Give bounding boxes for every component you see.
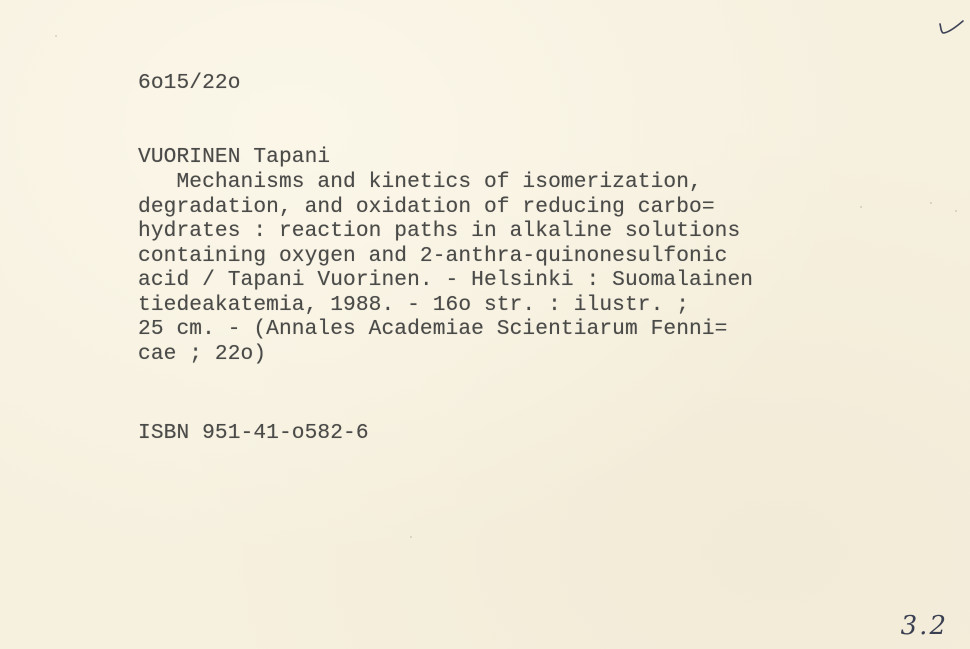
description-line: hydrates : reaction paths in alkaline so… bbox=[138, 219, 740, 244]
check-mark-icon bbox=[938, 18, 964, 36]
description-line: tiedeakatemia, 1988. - 16o str. : ilustr… bbox=[138, 293, 689, 318]
call-number: 6o15/22o bbox=[138, 71, 241, 96]
description-line: 25 cm. - (Annales Academiae Scientiarum … bbox=[138, 317, 727, 342]
description-line: degradation, and oxidation of reducing c… bbox=[138, 195, 715, 220]
isbn: ISBN 951-41-o582-6 bbox=[138, 421, 369, 446]
paper-speck bbox=[410, 536, 412, 538]
description-line: acid / Tapani Vuorinen. - Helsinki : Suo… bbox=[138, 268, 753, 293]
paper-speck bbox=[955, 210, 957, 212]
description-line: containing oxygen and 2-anthra-quinonesu… bbox=[138, 244, 727, 269]
paper-speck bbox=[930, 202, 932, 204]
description-line: cae ; 22o) bbox=[138, 342, 266, 367]
paper-speck bbox=[860, 206, 862, 208]
author-heading: VUORINEN Tapani bbox=[138, 145, 330, 170]
catalog-card: 6o15/22o VUORINEN Tapani Mechanisms and … bbox=[0, 0, 970, 649]
handwritten-page-mark: 3.2 bbox=[901, 611, 948, 641]
description-line: Mechanisms and kinetics of isomerization… bbox=[138, 170, 702, 195]
paper-speck bbox=[55, 35, 57, 37]
